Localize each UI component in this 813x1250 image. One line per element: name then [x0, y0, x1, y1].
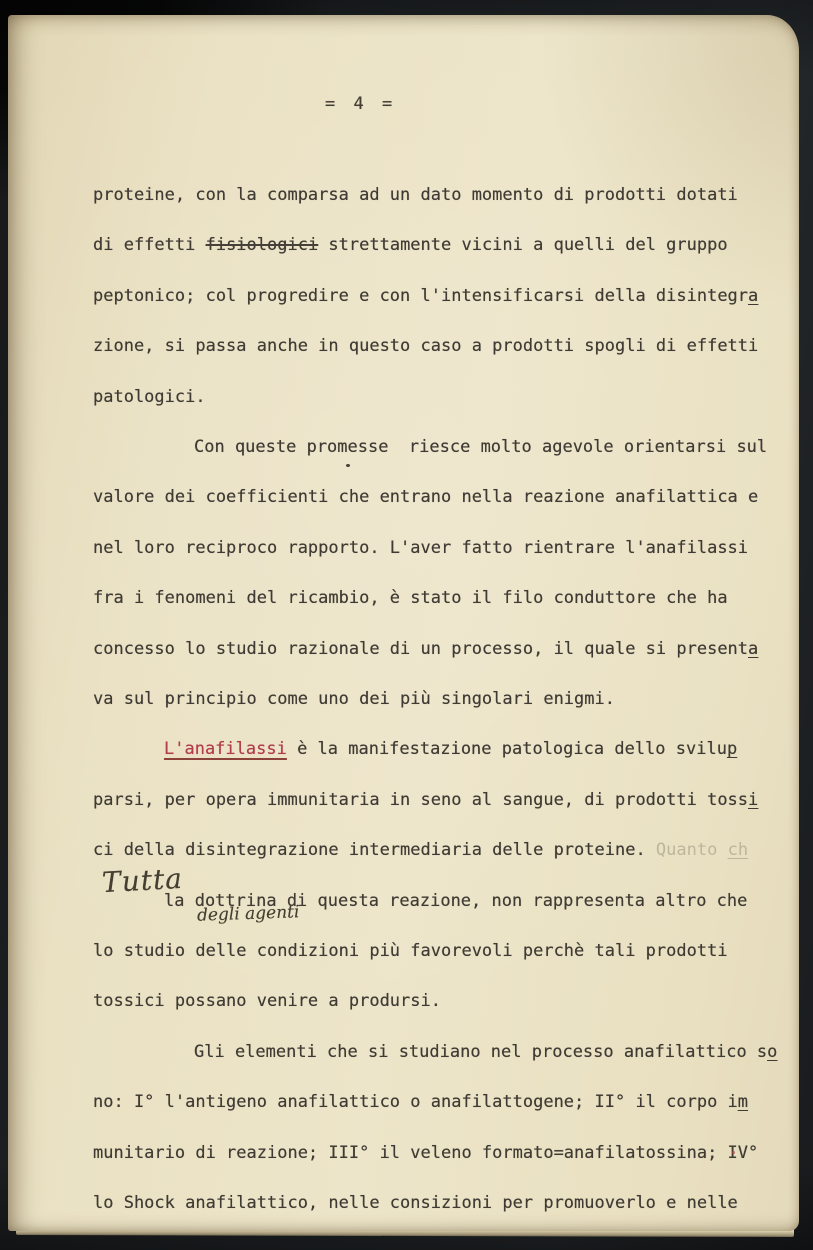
typed-line: zione, si passa anche in questo caso a p…: [93, 336, 758, 357]
typed-line: lo studio delle condizioni più favorevol…: [93, 941, 728, 962]
typed-line: Con queste promesse riesce molto agevole…: [93, 437, 767, 458]
text-segment: i: [748, 790, 758, 810]
typed-line: lo Shock anafilattico, nelle consizioni …: [93, 1193, 738, 1214]
typed-line: fra i fenomeni del ricambio, è stato il …: [93, 588, 728, 609]
typed-line: va sul principio come uno dei più singol…: [93, 689, 615, 710]
text-segment: munitario di reazione; III° il veleno fo…: [93, 1143, 758, 1163]
text-segment: fra i fenomeni del ricambio, è stato il …: [93, 588, 728, 608]
text-segment: L'anafilassi: [164, 739, 287, 759]
typed-line: parsi, per opera immunitaria in seno al …: [93, 790, 758, 811]
text-segment: no: I° l'antigeno anafilattico o anafila…: [93, 1092, 738, 1112]
typed-line: ci della disintegrazione intermediaria d…: [93, 840, 748, 861]
text-segment: tossici possano venire a prodursi.: [93, 991, 441, 1011]
text-segment: nel loro reciproco rapporto. L'aver fatt…: [93, 538, 748, 558]
text-segment: peptonico; col progredire e con l'intens…: [93, 286, 748, 306]
typed-line: proteine, con la comparsa ad un dato mom…: [93, 185, 738, 206]
photo-background: = 4 = proteine, con la comparsa ad un da…: [0, 0, 813, 1250]
text-segment: patologici.: [93, 387, 206, 407]
text-segment: a: [748, 286, 758, 306]
text-segment: lo studio delle condizioni più favorevol…: [93, 941, 728, 961]
text-segment: p: [727, 739, 737, 759]
text-segment: ci della disintegrazione intermediaria d…: [93, 840, 656, 860]
text-segment: strettamente vicini a quelli del gruppo: [318, 235, 727, 255]
text-segment: o: [767, 1042, 777, 1062]
typed-line: di effetti fisiologici strettamente vici…: [93, 235, 728, 256]
text-segment: proteine, con la comparsa ad un dato mom…: [93, 185, 738, 205]
document-page: = 4 = proteine, con la comparsa ad un da…: [8, 15, 799, 1231]
handwritten-annotation-degli-agenti: degli agenti: [197, 902, 300, 926]
text-segment: lo Shock anafilattico, nelle consizioni …: [93, 1193, 738, 1213]
text-segment: m: [738, 1092, 748, 1112]
text-segment: concesso lo studio razionale di un proce…: [93, 639, 748, 659]
typed-line: no: I° l'antigeno anafilattico o anafila…: [93, 1092, 748, 1113]
ink-speck: [346, 464, 350, 467]
typed-line: peptonico; col progredire e con l'intens…: [93, 286, 758, 307]
text-segment: ch: [728, 840, 748, 860]
red-ink-speck: [732, 1151, 735, 1154]
typed-line: valore dei coefficienti che entrano nell…: [93, 487, 758, 508]
typed-line: munitario di reazione; III° il veleno fo…: [93, 1143, 758, 1164]
text-segment: a: [748, 639, 758, 659]
handwritten-annotation-tutta: Tutta: [101, 862, 184, 899]
text-segment: parsi, per opera immunitaria in seno al …: [93, 790, 748, 810]
text-segment: valore dei coefficienti che entrano nell…: [93, 487, 758, 507]
text-segment: Quanto: [656, 840, 728, 860]
typed-line: L'anafilassi è la manifestazione patolog…: [93, 739, 737, 760]
typed-line: la dottrina di questa reazione, non rapp…: [93, 891, 747, 912]
text-segment: Con queste promesse riesce molto agevole…: [194, 437, 767, 457]
text-segment: Gli elementi che si studiano nel process…: [194, 1042, 767, 1062]
text-segment: fisiologici: [206, 235, 319, 255]
typed-line: tossici possano venire a prodursi.: [93, 991, 441, 1012]
text-segment: va sul principio come uno dei più singol…: [93, 689, 615, 709]
typed-line: nel loro reciproco rapporto. L'aver fatt…: [93, 538, 748, 559]
text-segment: di effetti: [93, 235, 206, 255]
typed-line: concesso lo studio razionale di un proce…: [93, 639, 758, 660]
text-segment: zione, si passa anche in questo caso a p…: [93, 336, 758, 356]
typed-line: Gli elementi che si studiano nel process…: [93, 1042, 777, 1063]
text-segment: è la manifestazione patologica dello svi…: [287, 739, 727, 759]
typed-text-block: proteine, con la comparsa ad un dato mom…: [8, 15, 799, 1231]
typed-line: patologici.: [93, 387, 206, 408]
